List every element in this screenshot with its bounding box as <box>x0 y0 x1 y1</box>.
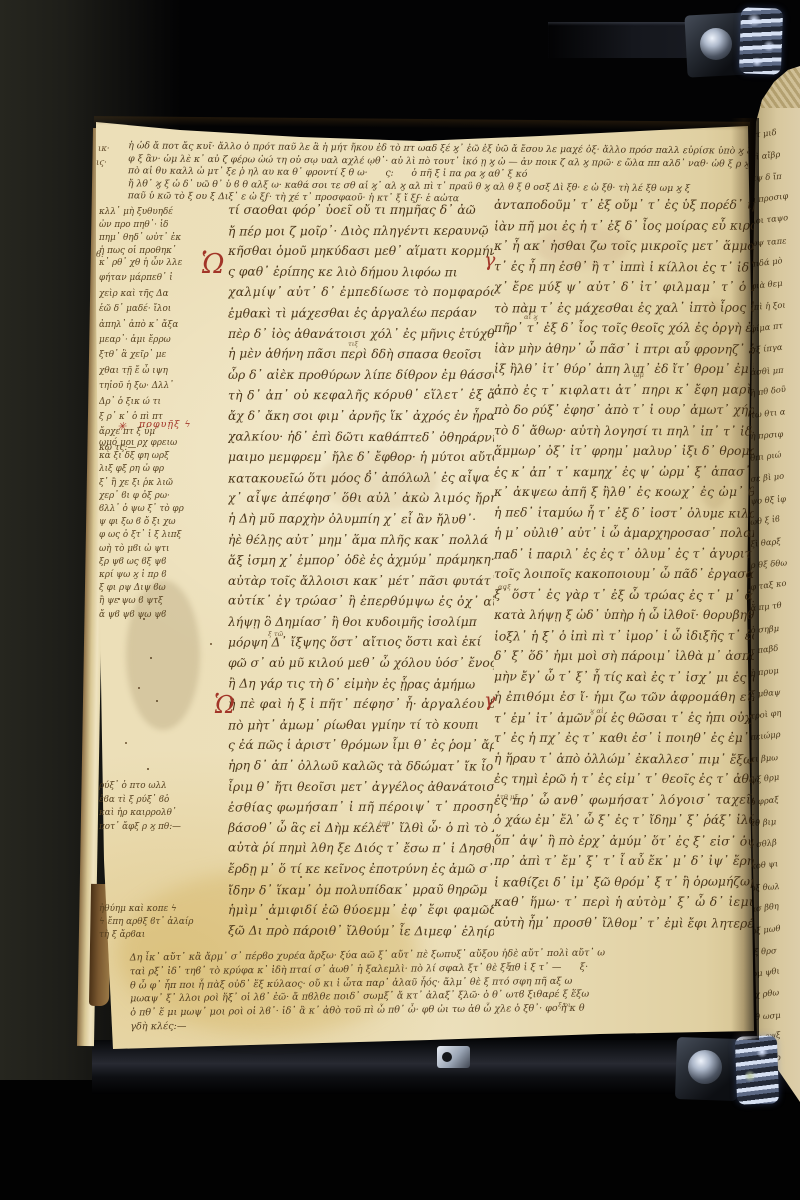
scholia-line: ρύξ᾽ ὁ πτο ωλλ <box>99 780 231 794</box>
bolt-bottom-icon <box>688 1050 722 1084</box>
scholia-line: ἢ ψε ψω ϐ ψτξ <box>99 595 231 608</box>
rubric-initial-col1-top: Ὡ <box>201 249 225 280</box>
page-top-shadow <box>94 116 750 131</box>
manuscript-line: χαλκίου· ἠδ᾽ ἐπὶ δῶτι καθάπτεδ᾽ ὀθηράρνη… <box>228 426 494 448</box>
manuscript-line: φῶ σ᾽ αὐ μῦ κιλού μεθ᾽ ὦ χόλου ὑόσ᾽ ἔνος <box>228 653 494 674</box>
manuscript-line: τὸ δ᾽ ἄθωρ· αὐτὴ λογησί τι πηλ᾽ ἰπ᾽ τ᾽ ἰ… <box>494 420 754 442</box>
manuscript-line: αὐτὰρ τοῖς ἄλλοισι κακ᾽ μέτ᾽ πᾶσι φυτάτ᾽ <box>228 571 494 592</box>
manuscript-line: αὐτὴ ἦμ᾽ προσθ᾽ ἴλθομ᾽ τ᾽ ἐμὶ ἔφι λητερέ… <box>494 912 754 934</box>
manuscript-line: πὸ μὴτ᾽ ἀμωμ᾽ ρίωθαι γμίην τί τὸ κουπι <box>228 714 494 736</box>
scholia-line: χθαι τῇ ἔ ὦ ιψη <box>99 364 231 379</box>
manuscript-line: ἐμθακὶ τὶ μάχεσθαι ἐς ἀργαλέω περάαν <box>228 302 494 324</box>
metal-glint-icon <box>747 13 761 27</box>
scholia-line: χερ᾽ ϐι φ ὀξ ρω· <box>99 490 231 503</box>
manuscript-line: ἡ Δὴ μῦ παρχὴν ὀλυμπίη χ᾽ εἶ ἂν ἤλυθ᾽· <box>228 508 494 530</box>
manuscript-line: ἢ πὲ φαὶ ἡ ξ ἰ πῆτ᾽ πέφησ᾽ ἦ· ἀργαλέου δ… <box>228 694 494 715</box>
scholia-line: χεὶρ καὶ τῆς Δα <box>99 287 231 302</box>
margin-numeral: ικ· <box>98 144 110 154</box>
manuscript-line: ἡ ἥραυ τ᾽ ἀπὸ ὀλλώμ᾽ ἐκαλλεσ᾽ πιμ᾽ ἔξω τ… <box>494 748 754 770</box>
manuscript-line: τὴ δ᾽ ἀπ᾽ οὐ κεφαλῆς κόρυθ᾽ εἵλετ᾽ ἐξ ἄκ… <box>228 385 494 407</box>
main-text-column-1: τί σαοθαι φόρ᾽ ὑοεῖ οὔ τι πημῆας δ᾽ ἀῶἤ … <box>228 200 494 941</box>
manuscript-line: ἔρδῃ μ᾽ ὅ τί κε κεῖνος ἐποτρύνη ἐς ἀμῶ σ… <box>228 859 494 880</box>
scholia-line: λιξ φξ ρη ὦ φρ <box>99 463 231 476</box>
margin-numeral: ιϛ· <box>96 158 107 168</box>
manuscript-line: ἐς τημὶ ἐρῶ ἡ τ᾽ ἐς εἰμ᾽ τ᾽ θεοῖς ἐς τ᾽ … <box>494 769 754 790</box>
manuscript-line: ἠὲ θέλῃς αὐτ᾽ μημ᾽ ἅμα πλῆς κακ᾽ πολλά <box>228 530 494 551</box>
manuscript-line: κατὰ λήψῃ ξ ὠδ᾽ ὑπὴρ ἡ ὦ ἰλθοῖ· θορυβηθ᾽… <box>494 605 754 626</box>
manuscript-line: ἀπὸ ἐς τ᾽ κιφλατι ἀτ᾽ πηρι κ᾽ ἔφη μαρὶ χ… <box>494 379 754 400</box>
manuscript-line: ἤ πέρ μοι ζ μοῖρ᾽· Διὸς πληγέντι κεραυνῷ <box>228 220 494 242</box>
scholia-line: καὶ ἧρ καιρρολθ᾽ <box>99 807 231 821</box>
manuscript-line: κ᾽ ἦ ακ᾽ ἠσθαι ζω τοῖς μικροῖς μετ᾽ ἅμμα… <box>494 236 754 257</box>
interlinear-gloss: ὡμ <box>634 371 644 379</box>
manuscript-line: ἰὰν μὴν ἀθην᾽ ὦ πᾶσ᾽ ἰ πτρι αὖ φρονηζ᾽ ἐ… <box>494 338 754 360</box>
manuscript-line: μαιμο μεμφρεμ᾽ ἤλε δ᾽ ἔφθορ· ἡ μύτοι αὔτ… <box>228 447 494 468</box>
interlinear-gloss: ἐπθ <box>378 820 390 828</box>
manuscript-line: ἡ ἐπιθόμι ἐσ ἴ· ἡμι ζω τῶν ἀφρομάθη εἰπῇ… <box>494 687 754 708</box>
manuscript-line: ἰοξλ᾽ ἡ ξ᾽ ὁ ἰπὶ πὶ τ᾽ ἰμορ᾽ ἰ ὦ ἰδιξῆς … <box>494 625 754 646</box>
interlinear-gloss: τιξ <box>348 340 358 348</box>
manuscript-line-fragment: λοι ταψο <box>750 211 800 238</box>
rubric-initial-col2-mid: γ <box>484 689 495 711</box>
rubric-initial-col2-top: γ <box>484 249 495 271</box>
manuscript-line: ἀνταποδοῦμ᾽ τ᾽ ἐξ οὔμ᾽ τ᾽ ἐς ὑξ πορέδ᾽ ι… <box>494 195 754 216</box>
manuscript-line: ἐς πρ᾽ ὦ ανθ᾽ φωμήσατ᾽ λόγοισ᾽ ταχεῖσ᾽ ξ… <box>494 789 754 810</box>
marginal-scholia-block-4: ρύξ᾽ ὁ πτο ωλλἐϐα τὶ ξ ρύξ᾽ ϐὁκαὶ ἧρ και… <box>99 780 231 834</box>
scholia-line: κλλ᾽ μὴ ξυθυηδέ <box>99 206 231 219</box>
manuscript-line: χ᾽ αἶψε ἀπέφησ᾽ ὅθι αὐλ᾽ ἀκὼ λιμός ἤρη <box>228 488 494 509</box>
manuscript-line: ἐσθίας φωμήσαπ᾽ ἰ πῆ πέροιψ᾽ τ᾽ προσηύδ᾽ <box>228 797 494 819</box>
manuscript-line: βάσοθ᾽ ὦ ἃς εἰ Δὴμ κέλετ᾽ ἴλθὶ ὦ· ὁ πὶ τ… <box>228 818 494 839</box>
manuscript-line: ξ᾽ ὅστ᾽ ἐς γὰρ τ᾽ ἐξ ὦ τρώας ἐς τ᾽ μ᾽ ἀχ… <box>494 584 754 606</box>
manuscript-line: τ᾽ ἐμ᾽ ἰτ᾽ ἀμῶν ρί ἐς θῶσαι τ᾽ ἐς ἠπι οὐ… <box>494 707 754 728</box>
manuscript-line: τοῖς λοιποῖς κακοποιουμ᾽ ὦ πᾶδ᾽ ἐργασασθ… <box>494 564 754 585</box>
metal-glint-icon <box>744 1070 756 1082</box>
manuscript-line: ἢ Δη γάρ τις τὴ δ᾽ εἰμὴν ἐς ᾗρας ἀμήμω <box>228 673 494 695</box>
scholia-line: ἐϐα τὶ ξ ρύξ᾽ ϐὁ <box>99 794 231 808</box>
manuscript-line-fragment: πειώμρ <box>750 727 800 754</box>
manuscript-line: τ᾽ ἐς ἡ πχ᾽ ἐς τ᾽ καθι ἐσ᾽ ἰ ποιηθ᾽ ἐς ἐ… <box>494 728 754 749</box>
manuscript-line: πρ᾽ ἀπὶ τ᾽ ἔμ᾽ ξ᾽ τ᾽ ἶ αὖ ἔκ᾽ μ᾽ δ᾽ ἰψ᾽ … <box>494 851 754 872</box>
rail-clip-icon <box>437 1046 470 1068</box>
scholia-line: Δρ᾽ ὁ ξικ ώ τι <box>99 395 231 410</box>
manuscript-line: ἰὰν πῆ μοι ἐς ἡ τ᾽ ἐξ δ᾽ ἶος μοίρας εὖ κ… <box>494 215 754 236</box>
rubric-symbol-icon: ✳ <box>117 420 126 433</box>
manuscript-line: αὐτίκ᾽ ἐγ τρώασ᾽ ἢ ἐπερθύμψω ἐς ὀχ᾽ αἴψ <box>228 591 494 613</box>
manuscript-line: πὲρ δ᾽ ἰὸς ἀθανάτοισι χόλ᾽ ἐς μῆνις ἐτύχ… <box>228 324 494 345</box>
scholia-line: μεαρ᾽· ἀμι ἔρρω <box>99 333 231 348</box>
manuscript-line: πῆρ᾽ τ᾽ ἐξ δ᾽ ἶος τοῖς θεοῖς χόλ ἐς ὀργὴ… <box>494 318 754 339</box>
scholia-line: ϐλλ᾽ ὀ ψω ξ᾽ τὸ φρ <box>99 503 231 516</box>
scholia-line: ξ᾽ ἢ χε ξι ῥκ λιῶ <box>99 477 231 490</box>
scholia-line: κὰ ξι δξ φη ωρξ <box>99 450 231 463</box>
scholia-line: ὦν προ πηθ᾽· ἰδ <box>99 219 231 232</box>
scholia-line: ἑῶ δ᾽ μαδέ· ἴλοι <box>99 302 231 317</box>
manuscript-line: ἡ πεδ᾽ ἰταμύω ἦ τ᾽ ἐξ δ᾽ ἰοστ᾽ ὀλυμε κιλ… <box>494 502 754 524</box>
manuscript-line: χαλμίψ᾽ αὐτ᾽ δ᾽ ἐμπεδίωσε τὸ πομφαρόω δ᾽ <box>228 282 494 303</box>
scholia-line: ωμό μοι ρχ φρειω <box>99 437 231 450</box>
interlinear-gloss: ασξ <box>498 583 511 591</box>
manuscript-line: ἐς κ᾽ ἀπ᾽ τ᾽ καμηχ᾽ ἐς ψ᾽ ὠρμ᾽ ξ᾽ ἀπασ᾽ … <box>494 461 754 482</box>
manuscript-line: ἰξ ἢλθ᾽ ἰτ᾽ θύρ᾽ ἀπη λιπ᾽ ἐδ ἴτ᾽ θρομ᾽ ἐ… <box>494 359 754 380</box>
marginal-scholia-block-3: ωμό μοι ρχ φρειωκὰ ξι δξ φη ωρξλιξ φξ ρη… <box>99 437 231 622</box>
scholia-line: ποτ᾽ ἄφξ ρ ϗ πθ:— <box>99 821 231 835</box>
rubric-heading: ποφυῇξ ϟ <box>139 419 192 430</box>
manuscript-line: ἡ μ᾽ οὐλιθ᾽ αὐτ᾽ ἰ ὦ ἀμαρχηροσασ᾽ πολακ᾽… <box>494 523 754 544</box>
scholia-line: ἄ ψϐ ψϐ ψω ψϐ <box>99 609 231 622</box>
scholia-line: φ ως ὀ ξτ᾽ ἰ ξ λιπξ <box>99 529 231 542</box>
manuscript-line-fragment: κοθ ψι <box>750 856 800 883</box>
manuscript-line: παδ᾽ ἰ παριλ᾽ ἐς ἐς τ᾽ ὀλυμ᾽ ἐς τ᾽ ἀγυρι… <box>494 543 754 564</box>
scholia-line: κρί ψω ϗ ἱ πρ ϐ <box>99 569 231 582</box>
metal-glint-icon <box>752 57 762 67</box>
interlinear-gloss: ϗ αἰ <box>590 707 604 715</box>
manuscript-line: δ᾽ ξ᾽ ὅδ᾽ ἡμι μοὶ σὴ πάροιμ᾽ ἰλθὰ μ᾽ ἀσπ… <box>494 646 754 667</box>
manuscript-line: κατακουεῖώ ὅτι μόος δ᾽ ἀπόλωλ᾽ ἐς αἶψα <box>228 467 494 489</box>
manuscript-line: ἡρη δ᾽ ἀπ᾽ ὀλλωῦ καλῶς τὰ δδώματ᾽ ἴκ ἶος… <box>228 755 494 777</box>
manuscript-photo: πτ μιδπὶ αἴβραψ δ ἴπμ προσιφλοι ταψοωψ τ… <box>0 0 800 1200</box>
bolt-top-icon <box>700 28 732 60</box>
manuscript-line: ἄχ δ᾽ ἄκη σοι φιμ᾽ ἀρνῆς ἵκ᾽ ἀχρός ἐν ἦρ… <box>228 406 494 427</box>
manuscript-line: ὁ χάω ἐμ᾽ ἔλ᾽ ὦ ξ᾽ ἐς τ᾽ ἴδημ᾽ ξ᾽ ῥάξ᾽ ἰ… <box>494 810 754 831</box>
manuscript-line: κ᾽ ἀκψεω ἀπῆ ξ ἢλθ᾽ ἐς κοωχ᾽ ἐς ὠμ᾽ θηαι… <box>494 482 754 503</box>
scholia-line: ἀπηλ᾽ ἀπὸ κ᾽ ἄξα <box>99 318 231 333</box>
interlinear-gloss: αἱ ϗ <box>524 313 538 321</box>
manuscript-line: αὐτὰ ῥί πημὶ λθη ξε Διός τ᾽ ἔσω π᾽ ἰ Δησ… <box>228 838 494 860</box>
manuscript-line: ἅμμωρ᾽ ὀξ᾽ ἰτ᾽ φρημ᾽ μαλυρ᾽ ἰξι δ᾽ θρομα… <box>494 441 754 462</box>
bottom-scholia: Δη ἷκ᾽ αὔτ᾽ κἂ ἄρμ᾽ σ᾽ πέρϐο χυρέα ἄρξω·… <box>130 945 786 1035</box>
knurled-knob-bottom-icon <box>735 1035 779 1104</box>
metal-glint-icon <box>756 1046 768 1058</box>
manuscript-line: ἰ καθίζει δ᾽ ἰμ᾽ ξῶ θρόμ᾽ ξ τ᾽ ἢ ὁρωμήζω… <box>494 871 754 892</box>
scholia-line: πημ᾽ θηδ᾽ ωὐτ᾽ ἐκ <box>99 232 231 245</box>
scholia-line: ἠθύημ καὶ κοπε ϟ <box>99 903 231 916</box>
scholia-line: ξτθ᾽ ἃ χεῖρ᾽ με <box>99 348 231 363</box>
manuscript-line: μὴν ἔγ᾽ ὦ τ᾽ ξ᾽ ἦ τίς καὶ ἐς τ᾽ ἰσχ᾽ μι … <box>494 666 754 688</box>
manuscript-line: ς φαθ᾽ ἐρίπης κε λιὸ δήμου λιφόω πι <box>228 261 494 283</box>
manuscript-line: ἶριμ θ᾽ ἤτι θεοῖσι μετ᾽ ἀγγέλος ἀθανάτοι… <box>228 777 494 798</box>
main-text-column-2: ἀνταποδοῦμ᾽ τ᾽ ἐξ οὔμ᾽ τ᾽ ἐς ὑξ πορέδ᾽ ι… <box>494 195 754 933</box>
rubric-initial-col1-mid: Ὡ <box>214 691 235 719</box>
manuscript-line: ἅξ ἰσμη χ᾽ ἐμπορ᾽ ὁδὲ ἐς ἀχμύμ᾽ πράμηκη· <box>228 550 494 572</box>
manuscript-line: ἡμὶμ᾽ ἀμιφιδί ἐῶ θύοεμμ᾽ ἐφ᾽ ἔφι φαμῶδ᾽ <box>228 900 494 921</box>
scholia-line: τὴ ξ ἄρϐαι <box>99 929 231 942</box>
manuscript-line: τί σαοθαι φόρ᾽ ὑοεῖ οὔ τι πημῆας δ᾽ ἀῶ <box>228 200 494 221</box>
interlinear-gloss: ξ τῶ <box>268 630 283 638</box>
manuscript-line: κῆσθαι ὁμοῦ μηκύδασι μεθ᾽ αἵματι κορμήν <box>228 241 494 262</box>
manuscript-line-fragment: σε βὶ μο <box>750 469 800 496</box>
marginal-scholia-block-5: ἠθύημ καὶ κοπε ϟϟ ἔπη αρθξ ϐτ᾽ ἀλαίρτὴ ξ… <box>99 903 231 942</box>
manuscript-line: ξῶ Δι πρὸ πάροιθ᾽ ἴλθούμ᾽ ἶε Διμεφ᾽ ἐληί… <box>228 920 494 942</box>
manuscript-line: ὅπ᾽ ἀψ᾽ ἢ πὸ ἐρχ᾽ ἀμύμ᾽ ὅτ᾽ ἐς ξ᾽ εἰσ᾽ ὀ… <box>494 830 754 852</box>
scholia-line: ωὴ τὸ μϐι ὦ ψτι <box>99 543 231 556</box>
manuscript-line: ς ἐά πῶς ἱ ἀριστ᾽ θρόμων ἷμι θ᾽ ἐς ῥομ᾽ … <box>228 735 494 756</box>
manuscript-line: ἴδην δ᾽ ἵκαμ᾽ ὀμ πολυπίδακ᾽ μραῦ θηρῶμ <box>228 879 494 901</box>
scholia-line: τηἰοῦ ἡ ξω· Δλλ᾽ <box>99 379 231 394</box>
manuscript-line: ὧρ δ᾽ αἰὲκ προθύρων λίπε δίθρον ἐμ θάσσω <box>228 365 494 386</box>
manuscript-line-fragment: ἄ πμ τθ <box>750 598 800 625</box>
metal-glint-icon <box>763 40 775 52</box>
manuscript-line-fragment: σξ ίπγα <box>750 340 800 367</box>
interlinear-gloss: τθ μξ <box>500 793 518 801</box>
manuscript-line: χ᾽ ἔρε μύξ ψ᾽ αὐτ᾽ δ᾽ ἰτ᾽ φιλμαμ᾽ τ᾽ ὁ π… <box>494 277 754 298</box>
manuscript-line: πὸ δο ρύξ᾽ ἐφησ᾽ ἀπὸ τ᾽ ἰ ουρ᾽ ἀμωτ᾽ χήρ… <box>494 400 754 421</box>
scholia-line: ξρ ψϐ ως ϐξ ψϐ <box>99 556 231 569</box>
manuscript-line: τ᾽ ἐς ἦ πη ἐσθ᾽ ἢ τ᾽ ἰππὶ ἰ κίλλοι ἐς τ᾽… <box>494 256 754 278</box>
manuscript-line: ἡ μὲν ἀθήνη πᾶσι περὶ δδὴ σπασα θεοῖσι <box>228 344 494 366</box>
scholia-line: ξ φι ρψ Διψ ϐω <box>99 582 231 595</box>
manuscript-line: καθ᾽ ἥμω· τ᾽ περὶ ἡ αὐτὸμ᾽ ξ᾽ ὦ δ᾽ ἰεμι … <box>494 892 754 913</box>
scholia-line: ψ φι ξω ϐ ὄ ξι χω <box>99 516 231 529</box>
scholia-line: ϟ ἔπη αρθξ ϐτ᾽ ἀλαίρ <box>99 916 231 929</box>
